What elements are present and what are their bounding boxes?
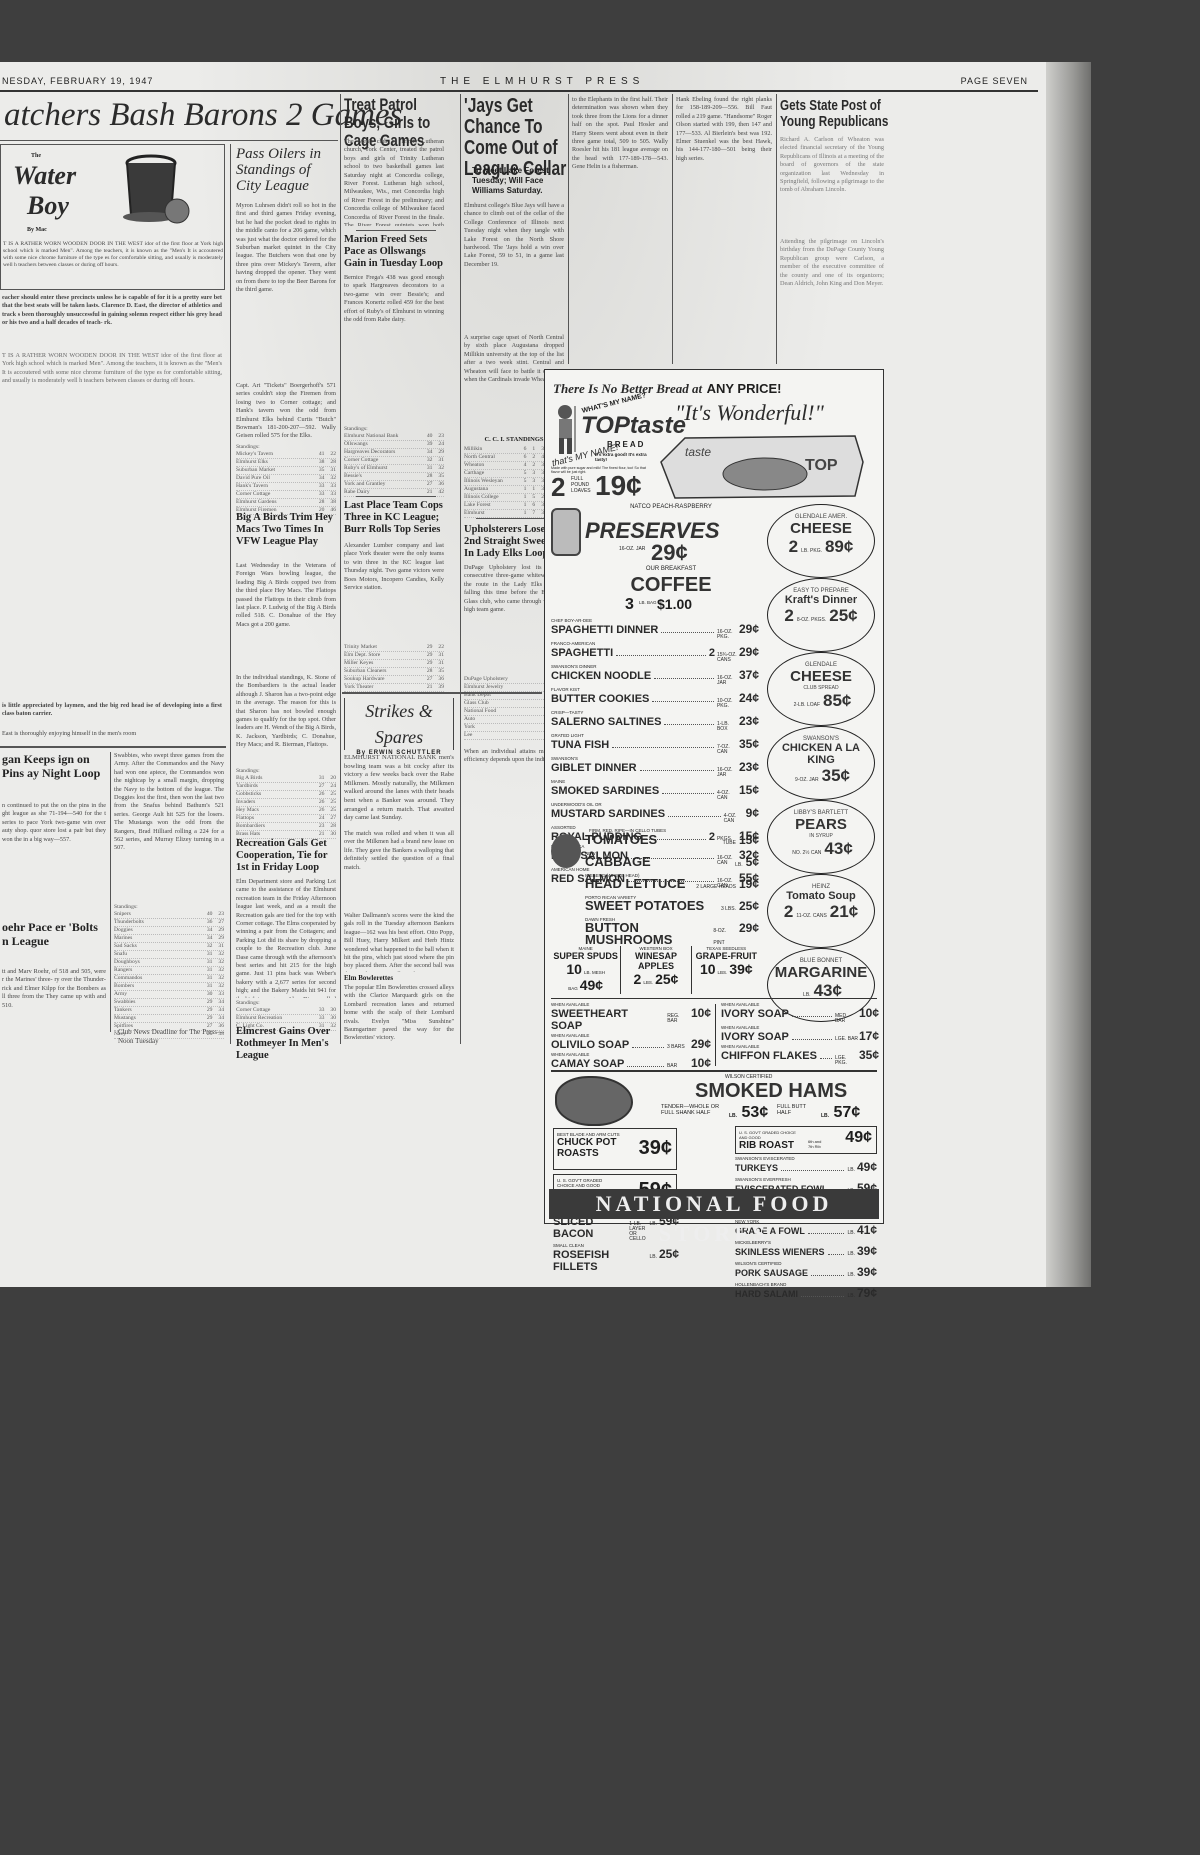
team-name: Gobbsticks <box>236 791 261 798</box>
oval-price-line: 9-OZ. JAR35¢ <box>768 766 874 786</box>
team-record: 2139 <box>427 684 444 691</box>
team-name: North Central <box>464 454 495 461</box>
record-value: 36 <box>207 919 213 926</box>
team-record: 3531 <box>319 467 336 474</box>
record-value: 21 <box>319 831 325 838</box>
record-value: 31 <box>438 457 444 464</box>
grocery-item-line: SALERNO SALTINES1-LB. BOX23¢ <box>551 715 759 732</box>
dot-leader <box>654 678 714 679</box>
record-value: 6 <box>524 446 527 453</box>
grocery-item-price: 24¢ <box>739 692 759 704</box>
record-value: 36 <box>438 481 444 488</box>
produce-box-price: 49¢ <box>580 977 603 993</box>
grocery-item-size: 4-OZ. CAN <box>724 814 746 824</box>
column-rule <box>672 94 673 364</box>
preserves-pre: NATCO PEACH-RASPBERRY <box>591 504 751 510</box>
featured-oval: GLENDALE AMER.CHEESE2LB. PKG.89¢ <box>767 504 875 578</box>
team-record: 2838 <box>319 499 336 506</box>
standings-table: Big A Birds3120Yardbirds2724Gobbsticks26… <box>236 775 336 839</box>
grocery-item-price: 37¢ <box>739 669 759 681</box>
oval-name: CHEESE <box>768 520 874 537</box>
dot-leader <box>640 770 714 771</box>
record-value: 30 <box>330 1007 336 1014</box>
preserves-price: 29¢ <box>651 540 688 566</box>
grocery-item-line: TUNA FISH7-OZ. CAN35¢ <box>551 738 759 755</box>
team-name: Commandos <box>114 975 142 982</box>
team-name: Army <box>114 991 127 998</box>
grocery-item-line: GIBLET DINNER16-OZ. JAR23¢ <box>551 761 759 778</box>
standings-row: Flattops2427 <box>236 815 336 823</box>
paper-name: THE ELMHURST PRESS <box>440 76 644 87</box>
produce-name: BUTTON MUSHROOMS <box>585 922 713 946</box>
team-record: 3627 <box>207 919 224 926</box>
item-size: LGE. BAR <box>835 1037 859 1042</box>
oval-qty: 2 <box>784 606 793 625</box>
record-value: 28 <box>330 823 336 830</box>
grocery-item-name: TUNA FISH <box>551 739 609 751</box>
team-name: Big A Birds <box>236 775 262 782</box>
team-name: Elmhurst Jewelry <box>464 684 503 691</box>
record-value: 6 <box>532 502 535 509</box>
standings-row: Ollswangs3924 <box>344 441 444 449</box>
standings-row: Soukup Hardware2736 <box>344 676 444 684</box>
standings-label: Standings: <box>236 768 336 775</box>
price-list-item: WHEN AVAILABLEIVORY SOAPLGE. BAR17¢ <box>721 1025 879 1043</box>
standings-row: Snipers4023 <box>114 911 224 919</box>
record-value: 1 <box>532 486 535 493</box>
produce-price: 29¢ <box>739 922 759 934</box>
record-value: 33 <box>218 991 224 998</box>
strikes-spares-box: Strikes & Spares By ERWIN SCHUTTLER <box>344 698 454 750</box>
team-name: Bank Depot <box>464 692 491 699</box>
rib2-pre: U. S. GOV'T GRADED CHOICE AND GOOD <box>739 1130 799 1140</box>
record-value: 32 <box>330 475 336 482</box>
water-boy-box: The Water Boy By Mac T IS A RATHER WORN … <box>0 144 225 290</box>
record-value: 5 <box>532 494 535 501</box>
produce-name: SWEET POTATOES <box>585 900 704 912</box>
team-name: Soukup Hardware <box>344 676 385 683</box>
column-rule <box>568 94 569 364</box>
record-value: 20 <box>330 775 336 782</box>
record-value: 31 <box>438 660 444 667</box>
dot-leader <box>662 793 714 794</box>
produce-box-qty: 10 <box>700 961 716 977</box>
record-value: 33 <box>319 491 325 498</box>
record-value: 31 <box>319 775 325 782</box>
item-line: SWEETHEART SOAPREG. BAR10¢ <box>551 1007 711 1032</box>
coffee-name: COFFEE <box>591 574 751 597</box>
team-record: 3132 <box>207 975 224 982</box>
team-name: Elmhurst National Bank <box>344 433 398 440</box>
team-record: 4023 <box>207 911 224 918</box>
grocery-item-price: 23¢ <box>739 715 759 727</box>
national-food-stores-ad: There Is No Better Bread at ANY PRICE! W… <box>544 369 884 1224</box>
standings-row: Mickey's Tavern4122 <box>236 451 336 459</box>
grocery-item-name: SPAGHETTI DINNER <box>551 624 658 636</box>
produce-box-name: WINESAP APPLES <box>621 951 690 971</box>
masthead: NESDAY, FEBRUARY 19, 1947 THE ELMHURST P… <box>0 74 1046 90</box>
item-size: 1-LB. LAYER OR CELLO <box>629 1222 649 1242</box>
record-value: 31 <box>207 975 213 982</box>
item-line: ROSEFISH FILLETSLB.25¢ <box>553 1248 679 1273</box>
team-name: Illinois College <box>464 494 499 501</box>
deadline-notice: Club News Deadline for The Press—Noon Tu… <box>118 1028 224 1046</box>
grocery-item-price: 23¢ <box>739 761 759 773</box>
price-list-item: WHEN AVAILABLEOLIVILO SOAP3 BARS29¢ <box>551 1033 711 1051</box>
record-value: 2 <box>532 454 535 461</box>
column-rule <box>340 94 341 1044</box>
record-value: 29 <box>438 449 444 456</box>
team-record: 2130 <box>319 831 336 838</box>
produce-box-name: GRAPE-FRUIT <box>692 951 761 961</box>
rib2-price: 49¢ <box>845 1129 872 1147</box>
produce-price: 15¢ <box>739 834 759 846</box>
kc-body: Alexander Lumber company and last place … <box>344 542 444 642</box>
grocery-item-name: CHICKEN NOODLE <box>551 670 651 682</box>
republicans-body: Richard A. Carlson of Wheaton was electe… <box>780 136 884 236</box>
team-name: David Pure Oil <box>236 475 270 482</box>
record-value: 21 <box>427 684 433 691</box>
rib1-pre: U. S. GOV'T GRADED CHOICE AND GOOD <box>557 1178 617 1188</box>
team-record: 2931 <box>427 652 444 659</box>
standings-row: Rangers3132 <box>114 967 224 975</box>
record-value: 30 <box>207 991 213 998</box>
bowling-body-2: tt and Marv Roehr, of 518 and 505, were … <box>2 968 106 1028</box>
record-value: 3 <box>532 478 535 485</box>
record-value: 39 <box>427 441 433 448</box>
team-record: 3432 <box>319 475 336 482</box>
item-name: OLIVILO SOAP <box>551 1039 629 1051</box>
record-value: 40 <box>427 433 433 440</box>
oval-price-line: 211-OZ. CANS21¢ <box>768 902 874 922</box>
record-value: 1 <box>524 510 527 517</box>
team-name: Corner Cottage <box>236 491 270 498</box>
team-name: Rangers <box>114 967 132 974</box>
featured-oval: LIBBY'S BARTLETTPEARSIN SYRUPNO. 2½ CAN4… <box>767 800 875 874</box>
chuck-name: CHUCK POT ROASTS <box>557 1137 637 1159</box>
water-boy-para-4: East is thoroughly enjoying himself in t… <box>2 730 222 738</box>
team-name: Augustana <box>464 486 488 493</box>
standings-row: David Pure Oil3432 <box>236 475 336 483</box>
elmcrest-headline: Elmcrest Gains Over Rothmeyer In Men's L… <box>236 1026 336 1062</box>
record-value: 29 <box>207 1015 213 1022</box>
oval-price: 89¢ <box>825 537 853 556</box>
standings-row: Bombardiers2328 <box>236 823 336 831</box>
team-record: 3333 <box>319 491 336 498</box>
record-value: 25 <box>330 807 336 814</box>
item-unit: LB. <box>847 1227 855 1239</box>
bucket-icon <box>121 153 191 225</box>
record-value: 31 <box>330 467 336 474</box>
produce-box: TEXAS SEEDLESSGRAPE-FRUIT10LBS.39¢ <box>692 946 761 994</box>
grocery-item-price: 15¢ <box>739 784 759 796</box>
standings-row: Miller Keyes2931 <box>344 660 444 668</box>
team-name: Carthage <box>464 470 484 477</box>
hams-desc-2: FULL BUTT HALF <box>777 1104 817 1116</box>
its-wonderful: "It's Wonderful!" <box>675 400 824 426</box>
standings-table: Snipers4023Thunderbolts3627Doggies3429Ma… <box>114 911 224 1039</box>
divider <box>551 998 877 999</box>
produce-line: CABBAGELB.5¢ <box>585 856 759 871</box>
record-value: 32 <box>218 951 224 958</box>
oval-size: NO. 2½ CAN <box>792 850 821 856</box>
chuck-price: 39¢ <box>639 1137 672 1160</box>
grocery-item: CRISP—TASTYSALERNO SALTINES1-LB. BOX23¢ <box>551 710 759 732</box>
team-record: 3429 <box>427 449 444 456</box>
team-name: Invaders <box>236 799 255 806</box>
produce-item: ICEBERG (48 SIZE HEAD)HEAD LETTUCE2 LARG… <box>585 873 759 893</box>
team-record: 2427 <box>319 815 336 822</box>
team-name: Thunderbolts <box>114 919 144 926</box>
record-value: 42 <box>438 489 444 496</box>
hams-price-1: LB. 53¢ <box>729 1104 768 1122</box>
bowling-body-3: Swabbies, who swept three games from the… <box>114 752 224 902</box>
oval-name: PEARS <box>768 816 874 833</box>
oval-name: Kraft's Dinner <box>768 594 874 606</box>
service-league-standings: Standings: Snipers4023Thunderbolts3627Do… <box>114 904 224 1039</box>
dot-leader <box>792 1039 832 1040</box>
standings-label: Standings: <box>114 904 224 911</box>
record-value: 39 <box>438 684 444 691</box>
jays-body: Elmhurst college's Blue Jays will have a… <box>464 202 564 332</box>
record-value: 28 <box>427 668 433 675</box>
bread-price: 19¢ <box>595 470 642 502</box>
team-name: Snipers <box>114 911 131 918</box>
record-value: 34 <box>319 475 325 482</box>
rib2-cut: 6th and 7th Rib <box>808 1139 824 1149</box>
record-value: 32 <box>438 465 444 472</box>
team-name: Doughboys <box>114 959 140 966</box>
standings-label: Standings: <box>344 426 444 433</box>
record-value: 34 <box>218 999 224 1006</box>
record-value: 31 <box>207 951 213 958</box>
produce-line: SWEET POTATOES3 LBS.25¢ <box>585 900 759 915</box>
team-record: 2931 <box>427 660 444 667</box>
team-name: Tankers <box>114 1007 132 1014</box>
record-value: 29 <box>427 660 433 667</box>
item-name: IVORY SOAP <box>721 1031 789 1043</box>
team-record: 2625 <box>319 807 336 814</box>
record-value: 25 <box>330 791 336 798</box>
record-value: 35 <box>438 668 444 675</box>
record-value: 23 <box>438 433 444 440</box>
record-value: 33 <box>330 491 336 498</box>
record-value: 22 <box>438 644 444 651</box>
grocery-item-qty: 2 <box>709 647 715 659</box>
item-price: 10¢ <box>691 1007 711 1019</box>
coffee-qty: 3 <box>625 596 634 614</box>
item-name: SLICED BACON <box>553 1216 623 1240</box>
team-name: Brass Hats <box>236 831 260 838</box>
grocery-item-line: MUSTARD SARDINES4-OZ. CAN9¢ <box>551 807 759 824</box>
record-value: 29 <box>218 927 224 934</box>
team-record: 2835 <box>427 473 444 480</box>
record-value: 33 <box>319 1007 325 1014</box>
coffee-price: $1.00 <box>657 596 692 612</box>
grocery-item-line: CHICKEN NOODLE16-OZ. JAR37¢ <box>551 669 759 686</box>
record-value: 32 <box>218 967 224 974</box>
produce-box-size: LBS. <box>718 970 728 975</box>
team-name: Miller Keyes <box>344 660 373 667</box>
record-value: 7 <box>532 510 535 517</box>
record-value: 27 <box>427 676 433 683</box>
record-value: 36 <box>438 676 444 683</box>
standings-row: Tankers2934 <box>114 1007 224 1015</box>
dot-leader <box>612 747 714 748</box>
record-value: 31 <box>218 943 224 950</box>
grocery-item-size: 15¾-OZ. CANS <box>717 653 739 663</box>
recreation-headline: Recreation Gals Get Cooperation, Tie for… <box>236 838 336 874</box>
standings-row: Ruby's of Elmhurst3132 <box>344 465 444 473</box>
preserves-size: 16-OZ. JAR <box>619 546 649 552</box>
standings-row: Elmhurst Elks3828 <box>236 459 336 467</box>
team-record: 3333 <box>319 483 336 490</box>
produce-price: 25¢ <box>739 900 759 912</box>
record-value: 26 <box>319 799 325 806</box>
produce-list: TOMATOESTUBE15¢NEWCABBAGELB.5¢ICEBERG (4… <box>585 834 759 951</box>
grocery-item-size: 16-OZ. PKG. <box>717 630 739 640</box>
hawks-body: Hank Ebeling found the right planks for … <box>676 96 772 364</box>
record-value: 22 <box>330 451 336 458</box>
kc-standings: Trinity Market2922Elm Dept. Store2931Mil… <box>344 644 444 692</box>
team-name: Flattops <box>236 815 254 822</box>
record-value: 1 <box>524 494 527 501</box>
grocery-item-price: 29¢ <box>739 623 759 635</box>
team-record: 2328 <box>319 823 336 830</box>
grocery-item-line: BUTTER COOKIES10-OZ. PKG.24¢ <box>551 692 759 709</box>
standings-row: Doggies3429 <box>114 927 224 935</box>
grocery-item-name: SALERNO SALTINES <box>551 716 661 728</box>
dot-leader <box>792 1016 832 1017</box>
record-value: 32 <box>207 943 213 950</box>
team-record: 3132 <box>207 967 224 974</box>
standings-row: Sad Sacks3231 <box>114 943 224 951</box>
hams-price-2: LB. 57¢ <box>821 1104 860 1122</box>
strikes-body: ELMHURST NATIONAL BANK men's bowling tea… <box>344 754 454 828</box>
dot-leader <box>781 1170 844 1171</box>
item-name: IVORY SOAP <box>721 1008 789 1020</box>
item-name: HARD SALAMI <box>735 1288 798 1300</box>
ollswangs-standings: Standings: Elmhurst National Bank4023Oll… <box>344 426 444 497</box>
produce-box-price: 39¢ <box>729 961 752 977</box>
divider <box>715 1004 716 1066</box>
city-league-headline: Pass Oilers in Standings of City League <box>236 146 336 194</box>
team-name: Hank's Tavern <box>236 483 268 490</box>
team-name: Lee <box>464 732 472 739</box>
divider <box>356 496 436 497</box>
republicans-headline: Gets State Post of Young Republicans <box>780 98 889 130</box>
standings-row: Commandos3132 <box>114 975 224 983</box>
featured-oval: HEINZTomato Soup211-OZ. CANS21¢ <box>767 874 875 948</box>
team-name: Mickey's Tavern <box>236 451 273 458</box>
produce-item: DAWN FRESHBUTTON MUSHROOMS8-OZ. PINT29¢ <box>585 917 759 949</box>
item-name: CAMAY SOAP <box>551 1058 624 1070</box>
item-price: 39¢ <box>857 1245 877 1257</box>
team-name: Corner Cottage <box>236 1007 270 1014</box>
record-value: 35 <box>319 467 325 474</box>
team-name: Bombardiers <box>236 823 265 830</box>
team-record: 2934 <box>207 1015 224 1022</box>
team-name: National Food <box>464 708 496 715</box>
dot-leader <box>627 1066 664 1067</box>
featured-oval: EASY TO PREPAREKraft's Dinner28-OZ. PKGS… <box>767 578 875 652</box>
dot-leader <box>808 1233 845 1234</box>
team-name: Yardbirds <box>236 783 258 790</box>
ad-headline-emphasis: ANY PRICE! <box>707 381 782 396</box>
grocery-item-price: 35¢ <box>739 738 759 750</box>
produce-box-size: LBS. <box>643 980 653 985</box>
team-name: Elmhurst Elks <box>236 459 268 466</box>
record-value: 4 <box>524 462 527 469</box>
oval-size: 8-OZ. PKGS. <box>797 617 826 623</box>
team-name: York <box>464 724 475 731</box>
record-value: 32 <box>218 983 224 990</box>
produce-name: HEAD LETTUCE <box>585 878 685 890</box>
water-boy-intro: T IS A RATHER WORN WOODEN DOOR IN THE WE… <box>3 241 223 269</box>
elephants-body: to the Elephants in the first half. Thei… <box>572 96 668 364</box>
record-value: 2 <box>532 462 535 469</box>
team-name: Elmhurst Gardens <box>236 499 277 506</box>
record-value: 23 <box>319 823 325 830</box>
standings-row: Doughboys3132 <box>114 959 224 967</box>
record-value: 31 <box>207 959 213 966</box>
produce-item: PORTO RICAN VARIETYSWEET POTATOES3 LBS.2… <box>585 895 759 915</box>
record-value: 32 <box>218 959 224 966</box>
item-line: TURKEYSLB.49¢ <box>735 1161 877 1176</box>
grocery-item-name: GIBLET DINNER <box>551 762 637 774</box>
record-value: 38 <box>330 499 336 506</box>
record-value: 38 <box>319 459 325 466</box>
record-value: 34 <box>218 1007 224 1014</box>
produce-box-price-line: 10LB. MESH BAG49¢ <box>551 961 620 993</box>
oval-price: 21¢ <box>830 902 858 921</box>
produce-price: 19¢ <box>739 878 759 890</box>
price-list-item: WHEN AVAILABLESWEETHEART SOAPREG. BAR10¢ <box>551 1002 711 1032</box>
record-value: 28 <box>427 473 433 480</box>
team-record: 3132 <box>207 951 224 958</box>
produce-price: 5¢ <box>746 856 759 868</box>
produce-line: TOMATOESTUBE15¢ <box>585 834 759 849</box>
team-name: Corner Cottage <box>344 457 378 464</box>
team-record: 3330 <box>319 1007 336 1014</box>
record-value: 31 <box>438 652 444 659</box>
produce-box-qty: 10 <box>566 961 582 977</box>
svg-text:TOP: TOP <box>805 457 838 474</box>
grocery-item-size: 7-OZ. CAN <box>717 745 739 755</box>
price-list-item: WILSON'S CERTIFIEDPORK SAUSAGELB.39¢ <box>735 1261 877 1281</box>
record-value: 33 <box>330 483 336 490</box>
dot-leader <box>811 1275 844 1276</box>
team-record: 2142 <box>427 489 444 496</box>
record-value: 3 <box>532 470 535 477</box>
strikes-body-4: The popular Elm Bowlerettes crossed alle… <box>344 984 454 1044</box>
grocery-item: SWANSON'SGIBLET DINNER16-OZ. JAR23¢ <box>551 756 759 778</box>
ham-icon <box>555 1076 633 1126</box>
record-value: 33 <box>319 483 325 490</box>
standings-row: Elm Dept. Store2931 <box>344 652 444 660</box>
item-unit: LB. <box>847 1290 855 1302</box>
boy-mascot-icon <box>551 402 581 458</box>
record-value: 26 <box>319 807 325 814</box>
team-name: Trinity Market <box>344 644 377 651</box>
rib-roast-box-2: U. S. GOV'T GRADED CHOICE AND GOOD RIB R… <box>735 1126 877 1154</box>
standings-row: York Theater2139 <box>344 684 444 692</box>
team-record: 4122 <box>319 451 336 458</box>
vfw-headline: Big A Birds Trim Hey Macs Two Times In V… <box>236 512 336 548</box>
grocery-item: FLAVOR KISTBUTTER COOKIES10-OZ. PKG.24¢ <box>551 687 759 709</box>
record-value: 27 <box>218 919 224 926</box>
team-record: 4023 <box>427 433 444 440</box>
